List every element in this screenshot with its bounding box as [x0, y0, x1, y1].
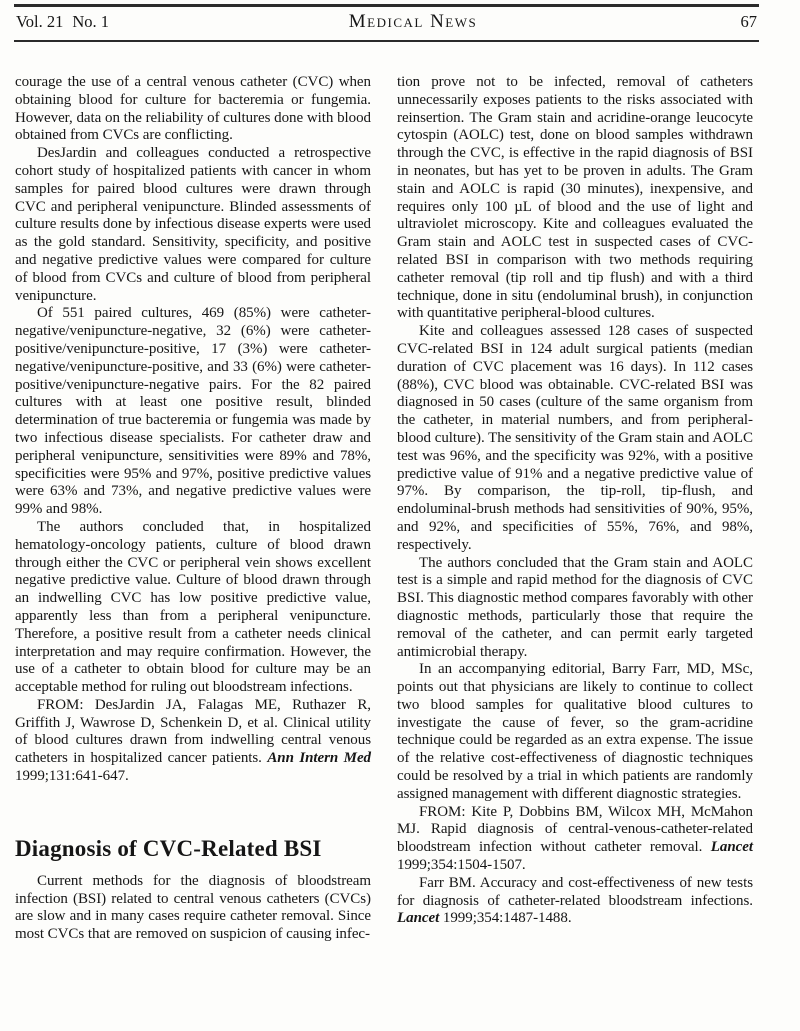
issue-label: No. 1	[72, 12, 109, 31]
volume-number: Vol. 21No. 1	[16, 12, 109, 32]
article-paragraph: Kite and colleagues assessed 128 cases o…	[397, 323, 753, 554]
volume-label: Vol. 21	[16, 12, 63, 31]
journal-title: Medical News	[109, 11, 717, 33]
source-citation: FROM: Kite P, Dobbins BM, Wilcox MH, McM…	[397, 804, 753, 875]
left-column: courage the use of a central venous cath…	[15, 74, 371, 944]
citation-reference: 1999;354:1487-1488.	[439, 910, 571, 926]
citation-text: FROM: Kite P, Dobbins BM, Wilcox MH, McM…	[397, 804, 753, 856]
article-paragraph: Of 551 paired cultures, 469 (85%) were c…	[15, 305, 371, 519]
article-paragraph: The authors concluded that the Gram stai…	[397, 555, 753, 662]
article-paragraph: The authors concluded that, in hospitali…	[15, 519, 371, 697]
journal-page: Vol. 21No. 1 Medical News 67 courage the…	[0, 0, 800, 1031]
right-column: tion prove not to be infected, removal o…	[397, 74, 753, 944]
article-paragraph: In an accompanying editorial, Barry Farr…	[397, 661, 753, 803]
section-heading: Diagnosis of CVC-Related BSI	[15, 836, 371, 862]
journal-name: Ann Intern Med	[267, 750, 371, 766]
article-body: courage the use of a central venous cath…	[15, 74, 753, 944]
journal-name: Lancet	[711, 839, 753, 855]
page-number: 67	[717, 12, 757, 32]
article-paragraph: Current methods for the diagnosis of blo…	[15, 873, 371, 944]
citation-text: Farr BM. Accuracy and cost-effectiveness…	[397, 875, 753, 909]
citation-reference: 1999;354:1504-1507.	[397, 857, 526, 873]
article-paragraph: courage the use of a central venous cath…	[15, 74, 371, 145]
article-paragraph: tion prove not to be infected, removal o…	[397, 74, 753, 323]
citation-reference: 1999;131:641-647.	[15, 768, 129, 784]
source-citation: FROM: DesJardin JA, Falagas ME, Ruthazer…	[15, 697, 371, 786]
journal-name: Lancet	[397, 910, 439, 926]
running-head: Vol. 21No. 1 Medical News 67	[14, 4, 759, 42]
source-citation: Farr BM. Accuracy and cost-effectiveness…	[397, 875, 753, 928]
article-paragraph: DesJardin and colleagues conducted a ret…	[15, 145, 371, 305]
